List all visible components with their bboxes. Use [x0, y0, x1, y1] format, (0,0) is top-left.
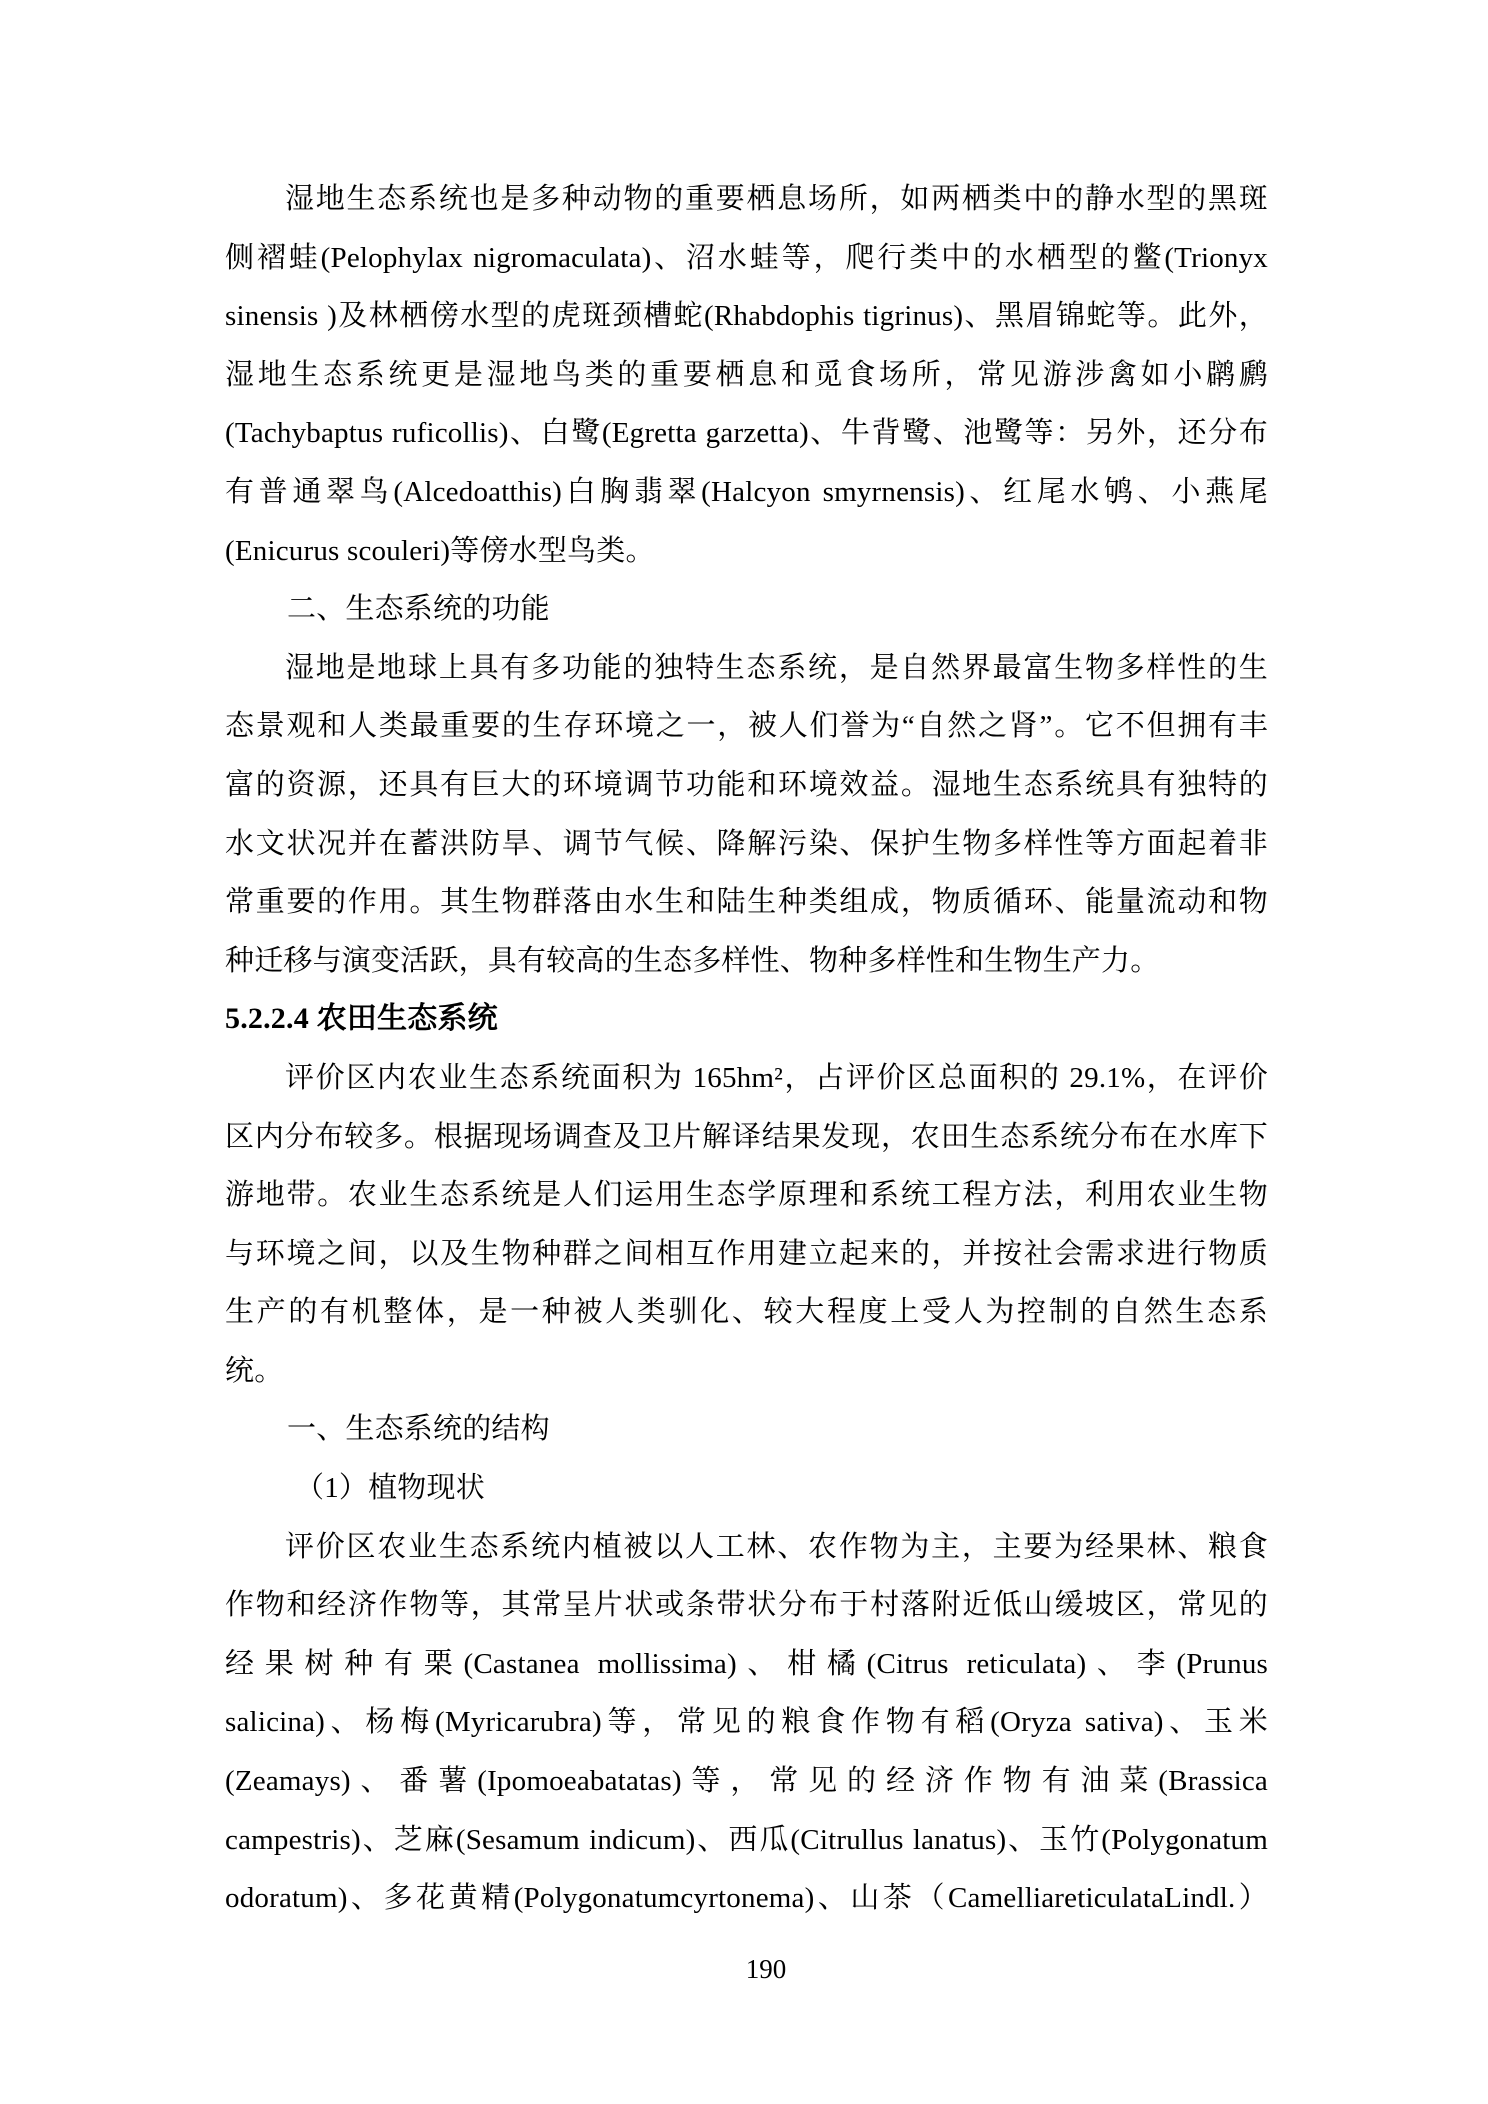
- paragraph-line: 态景观和人类最重要的生存环境之一，被人们誉为“自然之肾”。它不但拥有丰: [225, 697, 1268, 756]
- paragraph-line: 常重要的作用。其生物群落由水生和陆生种类组成，物质循环、能量流动和物: [225, 873, 1268, 932]
- paragraph-line: sinensis )及林栖傍水型的虎斑颈槽蛇(Rhabdophis tigrin…: [225, 287, 1268, 346]
- paragraph-line: 经果树种有栗(Castanea mollissima)、柑橘(Citrus re…: [225, 1635, 1268, 1694]
- paragraph-line: 游地带。农业生态系统是人们运用生态学原理和系统工程方法，利用农业生物: [225, 1166, 1268, 1225]
- paragraph-line: 作物和经济作物等，其常呈片状或条带状分布于村落附近低山缓坡区，常见的: [225, 1576, 1268, 1635]
- paragraph-line: 有普通翠鸟(Alcedoatthis)白胸翡翠(Halcyon smyrnens…: [225, 463, 1268, 522]
- paragraph-line: 区内分布较多。根据现场调查及卫片解译结果发现，农田生态系统分布在水库下: [225, 1108, 1268, 1167]
- paragraph-line: 侧褶蛙(Pelophylax nigromaculata)、沼水蛙等，爬行类中的…: [225, 229, 1268, 288]
- paragraph-line: 富的资源，还具有巨大的环境调节功能和环境效益。湿地生态系统具有独特的: [225, 756, 1268, 815]
- paragraph-line: 评价区内农业生态系统面积为 165hm²，占评价区总面积的 29.1%，在评价: [225, 1049, 1268, 1108]
- paragraph-line: 湿地生态系统也是多种动物的重要栖息场所，如两栖类中的静水型的黑斑: [225, 170, 1268, 229]
- paragraph-line: salicina)、杨梅(Myricarubra)等，常见的粮食作物有稻(Ory…: [225, 1693, 1268, 1752]
- paragraph-line: 水文状况并在蓄洪防旱、调节气候、降解污染、保护生物多样性等方面起着非: [225, 815, 1268, 874]
- paragraph-line: 湿地是地球上具有多功能的独特生态系统，是自然界最富生物多样性的生: [225, 639, 1268, 698]
- paragraph-line: (Tachybaptus ruficollis)、白鹭(Egretta garz…: [225, 404, 1268, 463]
- paragraph-line: odoratum)、多花黄精(Polygonatumcyrtonema)、山茶（…: [225, 1869, 1268, 1928]
- paragraph-line: 种迁移与演变活跃，具有较高的生态多样性、物种多样性和生物生产力。: [225, 932, 1268, 991]
- section-heading-structure: 一、生态系统的结构: [225, 1400, 1268, 1459]
- paragraph-line: (Enicurus scouleri)等傍水型鸟类。: [225, 522, 1268, 581]
- paragraph-line: campestris)、芝麻(Sesamum indicum)、西瓜(Citru…: [225, 1811, 1268, 1870]
- page-number: 190: [22, 1952, 1488, 1986]
- paragraph-line: 与环境之间，以及生物种群之间相互作用建立起来的，并按社会需求进行物质: [225, 1225, 1268, 1284]
- heading-farmland-ecosystem: 5.2.2.4 农田生态系统: [225, 990, 1268, 1049]
- paragraph-line: 生产的有机整体，是一种被人类驯化、较大程度上受人为控制的自然生态系: [225, 1283, 1268, 1342]
- subheading-plant-status: （1）植物现状: [225, 1459, 1268, 1518]
- paragraph-line: 评价区农业生态系统内植被以人工林、农作物为主，主要为经果林、粮食: [225, 1518, 1268, 1577]
- paragraph-line: (Zeamays)、番薯(Ipomoeabatatas)等，常见的经济作物有油菜…: [225, 1752, 1268, 1811]
- document-page: 湿地生态系统也是多种动物的重要栖息场所，如两栖类中的静水型的黑斑 侧褶蛙(Pel…: [0, 0, 1488, 2104]
- section-heading-functions: 二、生态系统的功能: [225, 580, 1268, 639]
- paragraph-line: 统。: [225, 1342, 1268, 1401]
- paragraph-line: 湿地生态系统更是湿地鸟类的重要栖息和觅食场所，常见游涉禽如小䴙䴘: [225, 346, 1268, 405]
- text-body: 湿地生态系统也是多种动物的重要栖息场所，如两栖类中的静水型的黑斑 侧褶蛙(Pel…: [225, 170, 1268, 1928]
